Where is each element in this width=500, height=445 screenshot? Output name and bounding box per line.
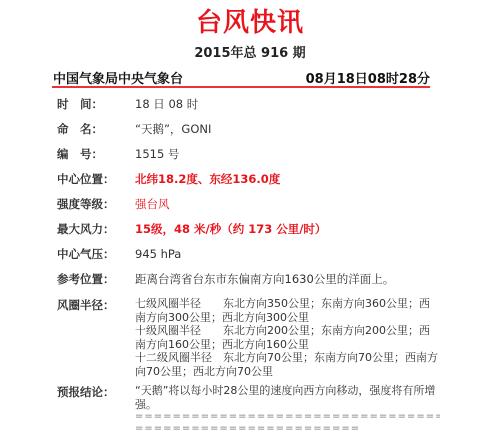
field-value: 18 日 08 时 (135, 96, 440, 113)
field-label: 风圈半径： (57, 297, 137, 314)
field-label: 编 号： (57, 146, 137, 163)
field-value: 1515 号 (135, 146, 440, 163)
field-value: 强台风 (135, 196, 440, 213)
wind-radius-level-12: 十二级风圈半径 东北方向70公里；东南方向70公里；西南方向70公里；西北方向7… (135, 351, 440, 378)
bulletin-title: 台风快讯 (0, 2, 500, 39)
field-value: 北纬18.2度、东经136.0度 (135, 171, 440, 188)
field-label: 时 间： (57, 96, 137, 113)
wind-radius-level-10: 十级风圈半径 东北方向200公里；东南方向200公里；西南方向160公里；西北方… (135, 324, 440, 351)
field-label: 中心位置： (57, 171, 137, 188)
field-label: 中心气压： (57, 246, 137, 263)
separator-line: ========================================… (135, 411, 440, 423)
wind-radius-level-7: 七级风圈半径 东北方向350公里；东南方向360公里；西南方向300公里；西北方… (135, 297, 440, 324)
field-label: 命 名： (57, 121, 137, 138)
issue-datetime: 08月18日08时28分 (306, 68, 430, 87)
field-label: 最大风力： (57, 221, 137, 238)
field-value: 945 hPa (135, 246, 440, 263)
field-label: 预报结论： (57, 384, 137, 401)
organization-name: 中国气象局中央气象台 (53, 68, 183, 87)
forecast-text: “天鹅”将以每小时28公里的速度向西方向移动，强度将有所增强。 (135, 384, 440, 411)
field-value: “天鹅”，GONI (135, 121, 440, 138)
field-value: 距离台湾省台东市东偏南方向1630公里的洋面上。 (135, 271, 440, 288)
separator-line: ======================== (135, 423, 440, 435)
field-label: 强度等级： (57, 196, 137, 213)
field-label: 参考位置： (57, 271, 137, 288)
field-value: 15级，48 米/秒（约 173 公里/时） (135, 221, 440, 238)
header-divider (52, 86, 430, 88)
issue-number: 2015年总 916 期 (0, 42, 500, 61)
